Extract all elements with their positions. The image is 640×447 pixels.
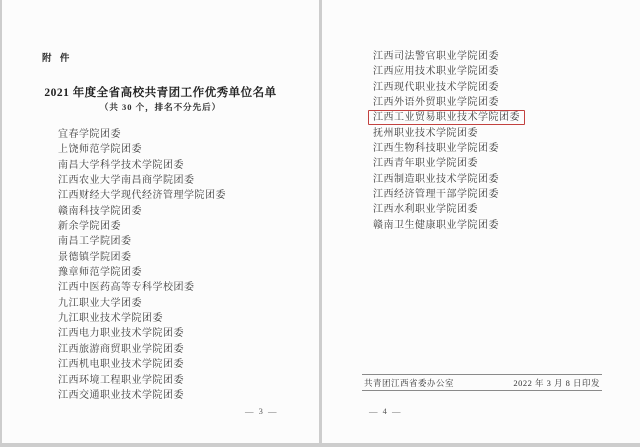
list-item: 江西经济管理干部学院团委 xyxy=(373,187,525,202)
item-text: 江西中医药高等专科学校团委 xyxy=(58,282,195,293)
list-item: 江西环境工程职业学院团委 xyxy=(58,373,226,388)
list-item: 江西现代职业技术学院团委 xyxy=(373,80,525,95)
list-item: 九江职业大学团委 xyxy=(58,296,226,311)
document-title: 2021 年度全省高校共青团工作优秀单位名单 xyxy=(2,84,319,100)
page-number: — 3 — xyxy=(245,406,278,416)
list-item: 江西应用技术职业学院团委 xyxy=(373,64,525,79)
list-item: 景德镇学院团委 xyxy=(58,250,226,265)
list-item: 江西机电职业技术学院团委 xyxy=(58,357,226,372)
list-item: 江西制造职业技术学院团委 xyxy=(373,172,525,187)
item-text: 赣南卫生健康职业学院团委 xyxy=(373,220,499,231)
item-text: 江西交通职业技术学院团委 xyxy=(58,390,184,401)
list-item: 江西中医药高等专科学校团委 xyxy=(58,280,226,295)
document-subtitle: （共 30 个，排名不分先后） xyxy=(2,101,319,113)
item-text: 江西电力职业技术学院团委 xyxy=(58,328,184,339)
unit-list-page-3: 宜春学院团委上饶师范学院团委南昌大学科学技术学院团委江西农业大学南昌商学院团委江… xyxy=(58,127,226,403)
item-text: 江西生物科技职业学院团委 xyxy=(373,143,499,154)
list-item: 九江职业技术学院团委 xyxy=(58,311,226,326)
document-page-3: 附 件 2021 年度全省高校共青团工作优秀单位名单 （共 30 个，排名不分先… xyxy=(2,0,319,443)
item-text: 抚州职业技术学院团委 xyxy=(373,128,478,139)
print-footer: 共青团江西省委办公室 2022 年 3 月 8 日印发 xyxy=(362,374,602,391)
item-text: 豫章师范学院团委 xyxy=(58,267,142,278)
item-text: 江西环境工程职业学院团委 xyxy=(58,375,184,386)
list-item: 抚州职业技术学院团委 xyxy=(373,126,525,141)
print-date-text: 2022 年 3 月 8 日印发 xyxy=(513,377,600,389)
item-text: 江西财经大学现代经济管理学院团委 xyxy=(58,190,226,201)
list-item: 赣南科技学院团委 xyxy=(58,204,226,219)
list-item: 上饶师范学院团委 xyxy=(58,142,226,157)
list-item: 江西财经大学现代经济管理学院团委 xyxy=(58,188,226,203)
attachment-label: 附 件 xyxy=(42,50,72,64)
item-text: 景德镇学院团委 xyxy=(58,252,132,263)
item-text: 江西水利职业学院团委 xyxy=(373,204,478,215)
item-text: 江西司法警官职业学院团委 xyxy=(373,51,499,62)
item-text: 上饶师范学院团委 xyxy=(58,144,142,155)
list-item: 江西交通职业技术学院团委 xyxy=(58,388,226,403)
list-item: 赣南卫生健康职业学院团委 xyxy=(373,218,525,233)
list-item: 江西电力职业技术学院团委 xyxy=(58,326,226,341)
list-item: 江西旅游商贸职业学院团委 xyxy=(58,342,226,357)
item-text: 九江职业大学团委 xyxy=(58,298,142,309)
issuer-text: 共青团江西省委办公室 xyxy=(364,377,454,389)
document-page-4: 江西司法警官职业学院团委江西应用技术职业学院团委江西现代职业技术学院团委江西外语… xyxy=(322,0,640,443)
item-text: 南昌工学院团委 xyxy=(58,236,132,247)
list-item: 江西司法警官职业学院团委 xyxy=(373,49,525,64)
page-number: — 4 — xyxy=(369,406,402,416)
list-item: 南昌工学院团委 xyxy=(58,234,226,249)
item-text: 江西机电职业技术学院团委 xyxy=(58,359,184,370)
list-item: 江西工业贸易职业技术学院团委 xyxy=(373,110,525,125)
unit-list-page-4: 江西司法警官职业学院团委江西应用技术职业学院团委江西现代职业技术学院团委江西外语… xyxy=(373,49,525,233)
item-text: 江西旅游商贸职业学院团委 xyxy=(58,344,184,355)
item-text: 江西应用技术职业学院团委 xyxy=(373,66,499,77)
item-text: 新余学院团委 xyxy=(58,221,121,232)
item-text: 九江职业技术学院团委 xyxy=(58,313,163,324)
item-text: 江西现代职业技术学院团委 xyxy=(373,82,499,93)
item-text: 宜春学院团委 xyxy=(58,129,121,140)
highlighted-item: 江西工业贸易职业技术学院团委 xyxy=(368,110,525,125)
list-item: 宜春学院团委 xyxy=(58,127,226,142)
item-text: 江西青年职业学院团委 xyxy=(373,158,478,169)
list-item: 江西青年职业学院团委 xyxy=(373,156,525,171)
list-item: 江西水利职业学院团委 xyxy=(373,202,525,217)
list-item: 新余学院团委 xyxy=(58,219,226,234)
list-item: 江西农业大学南昌商学院团委 xyxy=(58,173,226,188)
item-text: 江西农业大学南昌商学院团委 xyxy=(58,175,195,186)
item-text: 赣南科技学院团委 xyxy=(58,206,142,217)
list-item: 江西生物科技职业学院团委 xyxy=(373,141,525,156)
list-item: 江西外语外贸职业学院团委 xyxy=(373,95,525,110)
item-text: 南昌大学科学技术学院团委 xyxy=(58,160,184,171)
item-text: 江西外语外贸职业学院团委 xyxy=(373,97,499,108)
item-text: 江西制造职业技术学院团委 xyxy=(373,174,499,185)
item-text: 江西经济管理干部学院团委 xyxy=(373,189,499,200)
list-item: 南昌大学科学技术学院团委 xyxy=(58,158,226,173)
list-item: 豫章师范学院团委 xyxy=(58,265,226,280)
